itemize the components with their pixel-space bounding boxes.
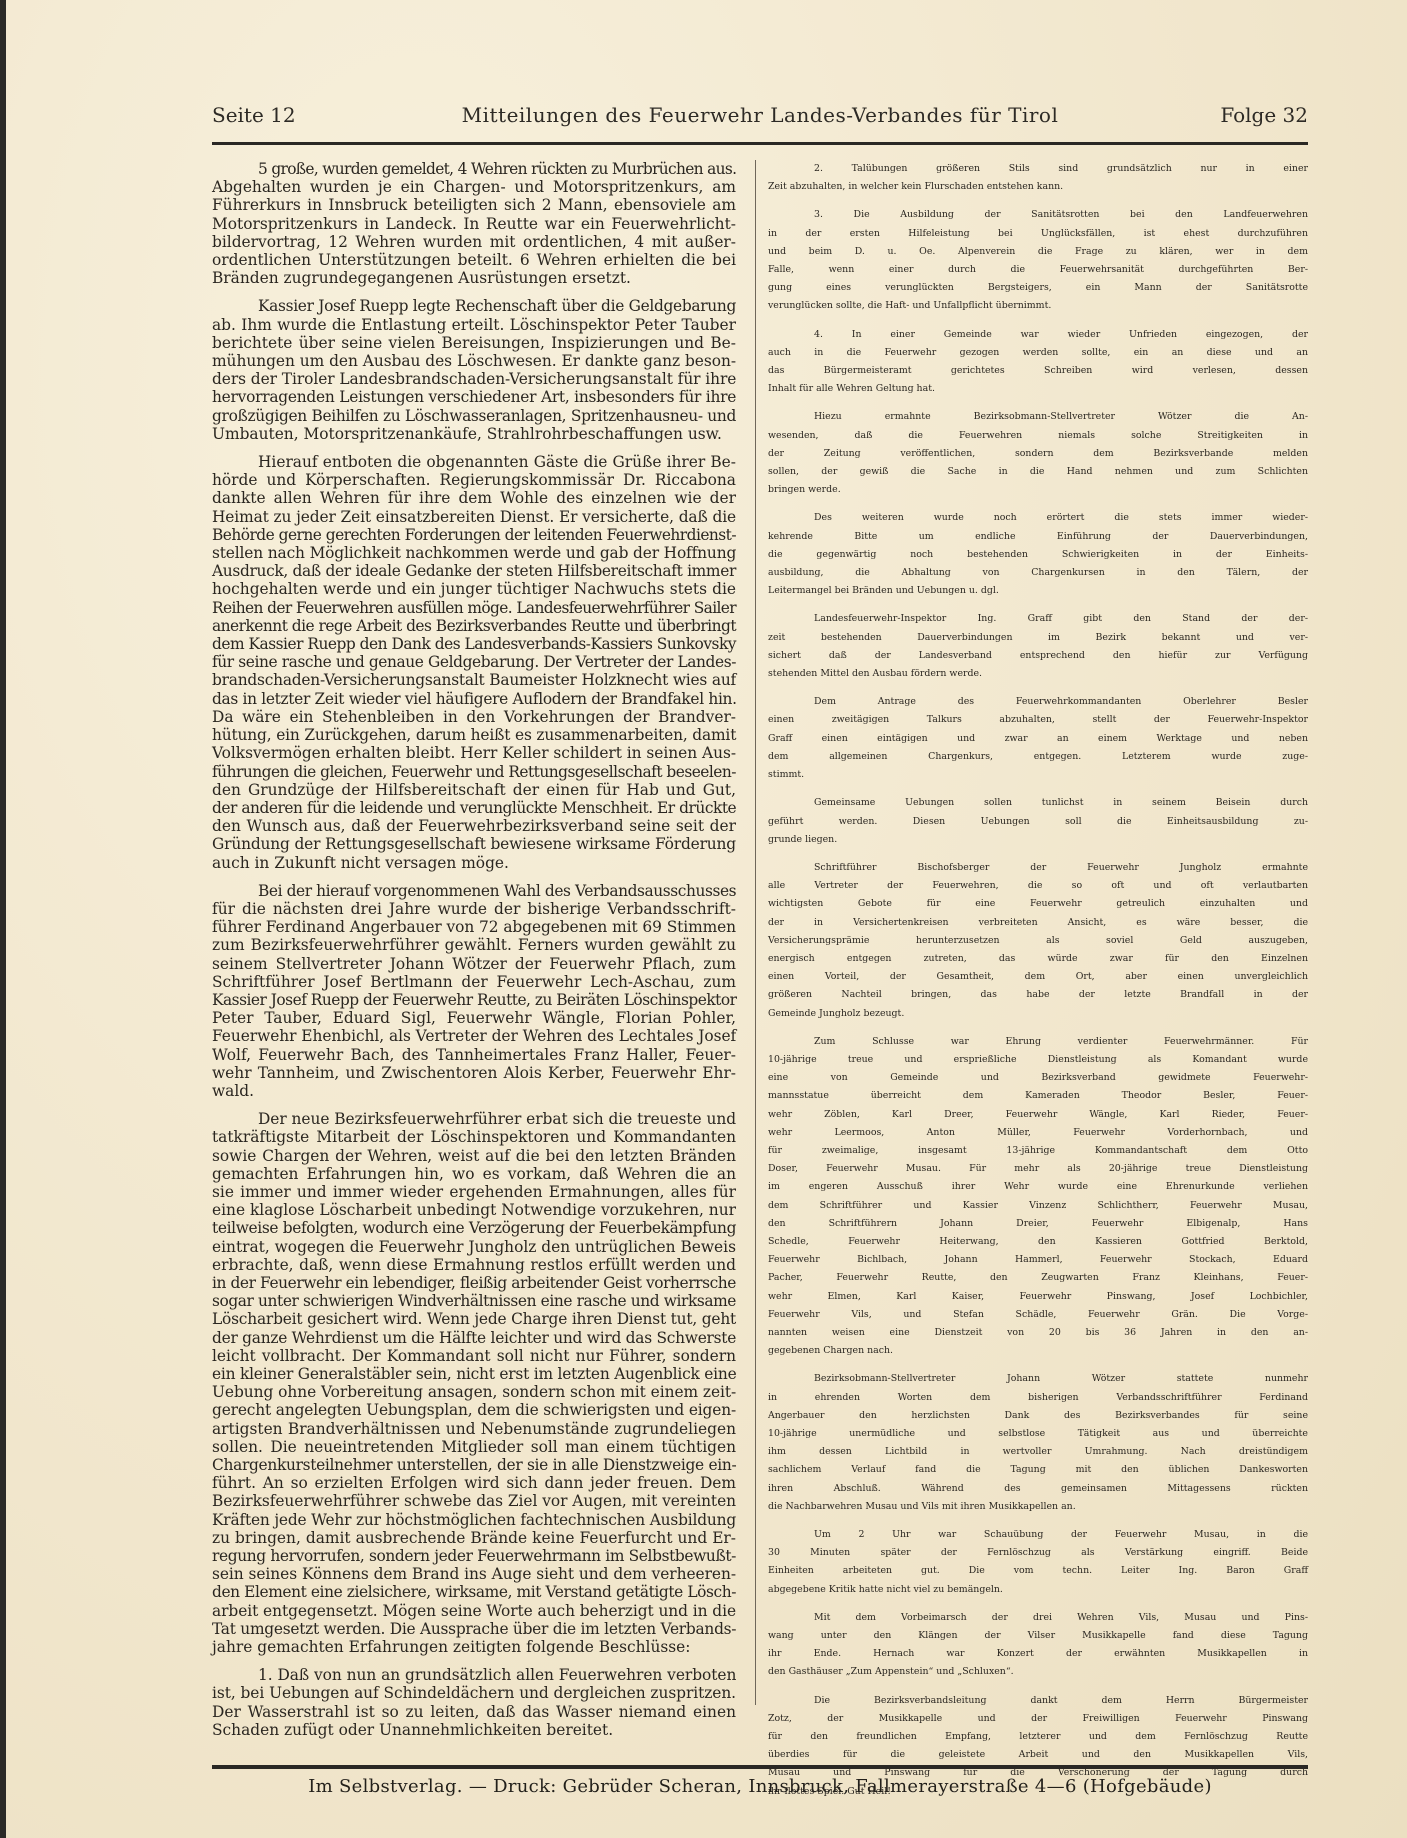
paragraph: Um 2 Uhr war Schauübung der Feuerwehr Mu…	[768, 1526, 1308, 1599]
text-line: Abgehalten wurden je ein Chargen- und Mo…	[212, 178, 736, 196]
text-line: ausbildung, die Abhaltung von Chargenkur…	[768, 564, 1308, 582]
text-line: Graff einen eintägigen und zwar an einem…	[768, 730, 1308, 748]
text-line: teilweise befolgten, wodurch eine Verzög…	[212, 1219, 736, 1237]
text-line: dem Schriftführer und Kassier Vinzenz Sc…	[768, 1197, 1308, 1215]
text-line: regung hervorrufen, sondern jeder Feuerw…	[212, 1547, 736, 1565]
issue-number: Folge 32	[1220, 103, 1308, 127]
text-line: Zum Schlusse war Ehrung verdienter Feuer…	[768, 1033, 1308, 1051]
text-line: 4. In einer Gemeinde war wieder Unfriede…	[768, 326, 1308, 344]
text-line: ihren Abschluß. Während des gemeinsamen …	[768, 1480, 1308, 1498]
text-line: das Bürgermeisteramt gerichtetes Schreib…	[768, 362, 1308, 380]
text-line: berichtete über seine vielen Bereisungen…	[212, 334, 736, 352]
text-line: Hierauf entboten die obgenannten Gäste d…	[212, 453, 736, 471]
text-line: hervorragenden Leistungen verschiedener …	[212, 388, 736, 406]
text-line: Landesfeuerwehr-Inspektor Ing. Graff gib…	[768, 610, 1308, 628]
text-line: Der Wasserstrahl ist so zu leiten, daß d…	[212, 1703, 736, 1721]
text-line: sein seines Könnens dem Brand ins Auge s…	[212, 1565, 736, 1583]
text-line: geführt werden. Diesen Uebungen soll die…	[768, 813, 1308, 831]
text-line: 10-jährige unermüdliche und selbstlose T…	[768, 1425, 1308, 1443]
text-line: zu bringen, damit ausbrechende Brände ke…	[212, 1529, 736, 1547]
paragraph: Des weiteren wurde noch erörtert die ste…	[768, 509, 1308, 600]
text-line: Die Bezirksverbandsleitung dankt dem Her…	[768, 1692, 1308, 1710]
text-line: Gemeinsame Uebungen sollen tunlichst in …	[768, 794, 1308, 812]
text-line: Doser, Feuerwehr Musau. Für mehr als 20-…	[768, 1160, 1308, 1178]
text-line: für zweimalige, insgesamt 13-jährige Kom…	[768, 1142, 1308, 1160]
text-line: Kassier Josef Ruepp der Feuerwehr Reutte…	[212, 991, 736, 1009]
text-line: gerecht angelegten Uebungsplan, dem die …	[212, 1401, 736, 1419]
text-line: einen Vorteil, der Gesamtheit, dem Ort, …	[768, 968, 1308, 986]
text-line: Volksvermögen erhalten bleibt. Herr Kell…	[212, 744, 736, 762]
text-line: Feuerwehr Vils, und Stefan Schädle, Feue…	[768, 1306, 1308, 1324]
text-line: eine von Gemeinde und Bezirksverband gew…	[768, 1069, 1308, 1087]
text-line: leicht vollbracht. Der Kommandant soll n…	[212, 1347, 736, 1365]
text-line: Löscharbeit gesichert wird. Wenn jede Ch…	[212, 1310, 736, 1328]
header-rule	[212, 142, 1308, 145]
text-line: auch in Zukunft nicht versagen möge.	[212, 854, 736, 872]
text-line: erbrachte, daß, wenn diese Ermahnung res…	[212, 1256, 736, 1274]
text-line: 2. Talübungen größeren Stils sind grunds…	[768, 160, 1308, 178]
text-line: artigsten Brandverhältnissen und Nebenum…	[212, 1420, 736, 1438]
paragraph: 5 große, wurden gemeldet, 4 Wehren rückt…	[212, 160, 736, 287]
paragraph: Der neue Bezirksfeuerwehrführer erbat si…	[212, 1110, 736, 1656]
text-line: Angerbauer den herzlichsten Dank des Bez…	[768, 1407, 1308, 1425]
text-line: Zotz, der Musikkapelle und der Freiwilli…	[768, 1710, 1308, 1728]
left-column: 5 große, wurden gemeldet, 4 Wehren rückt…	[212, 160, 736, 1739]
paragraph: 4. In einer Gemeinde war wieder Unfriede…	[768, 326, 1308, 399]
text-line: ist, bei Uebungen auf Schindeldächern un…	[212, 1684, 736, 1702]
text-line: alle Vertreter der Feuerwehren, die so o…	[768, 877, 1308, 895]
text-line: Heimat zu jeder Zeit einsatzbereiten Die…	[212, 508, 736, 526]
text-line: anerkennt die rege Arbeit des Bezirksver…	[212, 617, 736, 635]
text-line: im engeren Ausschuß ihrer Wehr wurde ein…	[768, 1178, 1308, 1196]
text-line: Bei der hierauf vorgenommenen Wahl des V…	[212, 882, 736, 900]
text-line: Uebung ohne Vorbereitung ansagen, sonder…	[212, 1383, 736, 1401]
text-line: den Element eine zielsichere, wirksame, …	[212, 1583, 736, 1601]
text-line: wesenden, daß die Feuerwehren niemals so…	[768, 427, 1308, 445]
text-line: ein kleiner Generalstäbler sein, nicht e…	[212, 1365, 736, 1383]
text-line: wang unter den Klängen der Vilser Musikk…	[768, 1627, 1308, 1645]
text-line: ab. Ihm wurde die Entlastung erteilt. Lö…	[212, 316, 736, 334]
paragraph: Mit dem Vorbeimarsch der drei Wehren Vil…	[768, 1609, 1308, 1682]
text-line: in ehrenden Worten dem bisherigen Verban…	[768, 1389, 1308, 1407]
text-line: Kräften jede Wehr zur höchstmöglichen fa…	[212, 1511, 736, 1529]
text-line: ders der Tiroler Landesbrandschaden-Vers…	[212, 370, 736, 388]
text-line: der anderen für die leidende und verungl…	[212, 799, 736, 817]
text-line: eintrat, wogegen die Feuerwehr Jungholz …	[212, 1238, 736, 1256]
text-line: stellen nach Möglichkeit nachkommen werd…	[212, 544, 736, 562]
text-line: führungen die gleichen, Feuerwehr und Re…	[212, 763, 736, 781]
paragraph: Bezirksobmann-Stellvertreter Johann Wötz…	[768, 1370, 1308, 1516]
text-line: führt. An so erzielten Erfolgen wird sic…	[212, 1474, 736, 1492]
text-line: Wolf, Feuerwehr Bach, des Tannheimertale…	[212, 1046, 736, 1064]
text-line: wehr Zöblen, Karl Dreer, Feuerwehr Wängl…	[768, 1106, 1308, 1124]
text-line: Schaden zufügt oder Unannehmlichkeiten b…	[212, 1721, 736, 1739]
text-line: Einheiten arbeiteten gut. Die vom techn.…	[768, 1562, 1308, 1580]
text-line: Der neue Bezirksfeuerwehrführer erbat si…	[212, 1110, 736, 1128]
paragraph: 1. Daß von nun an grundsätzlich allen Fe…	[212, 1666, 736, 1739]
text-line: 5 große, wurden gemeldet, 4 Wehren rückt…	[212, 160, 736, 178]
text-line: Bezirksobmann-Stellvertreter Johann Wötz…	[768, 1370, 1308, 1388]
text-line: Schedle, Feuerwehr Heiterwang, den Kassi…	[768, 1233, 1308, 1251]
text-line: den Schriftführern Johann Dreier, Feuerw…	[768, 1215, 1308, 1233]
text-line: Schriftführer Josef Bertlmann der Feuerw…	[212, 973, 736, 991]
text-line: für seine rasche und genaue Geldgebarung…	[212, 653, 736, 671]
text-line: sowie Chargen der Wehren, weist auf die …	[212, 1147, 736, 1165]
text-line: Pacher, Feuerwehr Reutte, den Zeugwarten…	[768, 1269, 1308, 1287]
text-line: sachlichem Verlauf fand die Tagung mit d…	[768, 1461, 1308, 1479]
text-line: der ganze Wehrdienst um die Hälfte leich…	[212, 1329, 736, 1347]
column-divider	[755, 160, 756, 1705]
text-line: Kassier Josef Ruepp legte Rechenschaft ü…	[212, 297, 736, 315]
text-line: wehr Elmen, Karl Kaiser, Feuerwehr Pinsw…	[768, 1288, 1308, 1306]
text-line: den Wunsch aus, daß der Feuerwehrbezirks…	[212, 817, 736, 835]
text-line: Feuerwehr Ehenbichl, als Vertreter der W…	[212, 1027, 736, 1045]
text-line: sollen. Die neueintretenden Mitglieder s…	[212, 1438, 736, 1456]
text-line: gung eines verunglückten Bergsteigers, e…	[768, 279, 1308, 297]
text-line: wehr Tannheim, und Zwischentoren Alois K…	[212, 1064, 736, 1082]
text-line: hörde und Körperschaften. Regierungskomm…	[212, 471, 736, 489]
text-line: sichert daß der Landesverband entspreche…	[768, 647, 1308, 665]
text-line: wald.	[212, 1082, 736, 1100]
imprint: Im Selbstverlag. — Druck: Gebrüder Scher…	[212, 1776, 1308, 1797]
paragraph: Hierauf entboten die obgenannten Gäste d…	[212, 453, 736, 872]
text-line: 1. Daß von nun an grundsätzlich allen Fe…	[212, 1666, 736, 1684]
text-line: wehr Leermoos, Anton Müller, Feuerwehr V…	[768, 1124, 1308, 1142]
text-line: brandschaden-Versicherungsanstalt Baumei…	[212, 671, 736, 689]
text-line: Bränden zugrundegegangenen Ausrüstungen …	[212, 269, 736, 287]
right-column: 2. Talübungen größeren Stils sind grunds…	[768, 160, 1308, 1801]
text-line: den Grundzüge der Hilfsbereitschaft der …	[212, 781, 736, 799]
paragraph: 3. Die Ausbildung der Sanitätsrotten bei…	[768, 206, 1308, 315]
text-line: Feuerwehr Bichlbach, Johann Hammerl, Feu…	[768, 1251, 1308, 1269]
text-line: den Gasthäuser „Zum Appenstein“ und „Sch…	[768, 1663, 1308, 1681]
text-line: zum Bezirksfeuerwehrführer gewählt. Fern…	[212, 936, 736, 954]
text-line: überdies für die geleistete Arbeit und d…	[768, 1746, 1308, 1764]
text-line: jahre gemachten Erfahrungen zeitigten fo…	[212, 1638, 736, 1656]
text-line: zeit bestehenden Dauerverbindungen im Be…	[768, 629, 1308, 647]
footer-rule	[212, 1765, 1308, 1769]
text-line: Ausdruck, daß der ideale Gedanke der ste…	[212, 562, 736, 580]
text-line: grunde liegen.	[768, 831, 1308, 849]
text-line: tatkräftigste Mitarbeit der Löschinspekt…	[212, 1128, 736, 1146]
text-line: Dem Antrage des Feuerwehrkommandanten Ob…	[768, 693, 1308, 711]
text-line: einen zweitägigen Talkurs abzuhalten, st…	[768, 711, 1308, 729]
text-line: verunglücken sollte, die Haft- und Unfal…	[768, 297, 1308, 315]
text-line: in der Feuerwehr ein lebendiger, fleißig…	[212, 1274, 736, 1292]
paragraph: Schriftführer Bischofsberger der Feuerwe…	[768, 859, 1308, 1023]
text-line: ihr Ende. Hernach war Konzert der erwähn…	[768, 1645, 1308, 1663]
text-line: der in Versichertenkreisen verbreiteten …	[768, 914, 1308, 932]
text-line: wichtigsten Gebote für eine Feuerwehr ge…	[768, 895, 1308, 913]
text-line: Des weiteren wurde noch erörtert die ste…	[768, 509, 1308, 527]
text-line: dem allgemeinen Chargenkurs, entgegen. L…	[768, 748, 1308, 766]
paragraph: Zum Schlusse war Ehrung verdienter Feuer…	[768, 1033, 1308, 1361]
text-line: Gemeinde Jungholz bezeugt.	[768, 1005, 1308, 1023]
paragraph: Hiezu ermahnte Bezirksobmann-Stellvertre…	[768, 408, 1308, 499]
publication-title: Mitteilungen des Feuerwehr Landes-Verban…	[212, 103, 1308, 127]
text-line: bringen werde.	[768, 481, 1308, 499]
text-line: Inhalt für alle Wehren Geltung hat.	[768, 380, 1308, 398]
paragraph: 2. Talübungen größeren Stils sind grunds…	[768, 160, 1308, 196]
text-line: Gründung der Rettungsgesellschaft bewies…	[212, 835, 736, 853]
text-line: die Nachbarwehren Musau und Vils mit ihr…	[768, 1498, 1308, 1516]
text-line: sogar unter schwierigen Windverhältnisse…	[212, 1292, 736, 1310]
text-line: Bezirksfeuerwehrführer schwebe das Ziel …	[212, 1492, 736, 1510]
text-line: stimmt.	[768, 766, 1308, 784]
text-line: 10-jährige treue und ersprießliche Diens…	[768, 1051, 1308, 1069]
text-line: Chargenkursteilnehmer unterstellen, der …	[212, 1456, 736, 1474]
text-line: Zeit abzuhalten, in welcher kein Flursch…	[768, 178, 1308, 196]
text-line: ihm dessen Lichtbild in wertvoller Umrah…	[768, 1443, 1308, 1461]
text-line: Leitermangel bei Bränden und Uebungen u.…	[768, 582, 1308, 600]
text-line: in der ersten Hilfeleistung bei Unglücks…	[768, 225, 1308, 243]
text-line: Um 2 Uhr war Schauübung der Feuerwehr Mu…	[768, 1526, 1308, 1544]
text-line: eine klaglose Löscharbeit unbedingt Notw…	[212, 1201, 736, 1219]
text-line: Da wäre ein Stehenbleiben in den Vorkehr…	[212, 708, 736, 726]
text-line: arbeit entgegensetzt. Mögen seine Worte …	[212, 1602, 736, 1620]
paragraph: Landesfeuerwehr-Inspektor Ing. Graff gib…	[768, 610, 1308, 683]
text-line: Versicherungsprämie herunterzusetzen als…	[768, 932, 1308, 950]
text-line: dankte allen Wehren für ihre dem Wohle d…	[212, 489, 736, 507]
text-line: ordentlichen Unterstützungen beteilt. 6 …	[212, 251, 736, 269]
text-line: der Zeitung veröffentlichen, sondern dem…	[768, 445, 1308, 463]
text-line: und beim D. u. Oe. Alpenverein die Frage…	[768, 243, 1308, 261]
text-line: Peter Tauber, Eduard Sigl, Feuerwehr Wän…	[212, 1009, 736, 1027]
text-line: auch in die Feuerwehr gezogen werden sol…	[768, 344, 1308, 362]
page-header: Seite 12 Mitteilungen des Feuerwehr Land…	[212, 103, 1308, 133]
text-line: stehenden Mittel den Ausbau fördern werd…	[768, 665, 1308, 683]
text-line: Umbauten, Motorspritzenankäufe, Strahlro…	[212, 425, 736, 443]
text-line: großzügigen Beihilfen zu Löschwasseranla…	[212, 407, 736, 425]
scan-edge	[0, 0, 6, 1838]
paragraph: Kassier Josef Ruepp legte Rechenschaft ü…	[212, 297, 736, 443]
text-line: 3. Die Ausbildung der Sanitätsrotten bei…	[768, 206, 1308, 224]
text-line: Motorspritzenkurs in Landeck. In Reutte …	[212, 215, 736, 233]
text-line: seinem Stellvertreter Johann Wötzer der …	[212, 955, 736, 973]
text-line: das in letzter Zeit wieder viel häufiger…	[212, 690, 736, 708]
text-line: die gegenwärtig noch bestehenden Schwier…	[768, 546, 1308, 564]
text-line: für den freundlichen Empfang, letzterer …	[768, 1728, 1308, 1746]
paragraph: Bei der hierauf vorgenommenen Wahl des V…	[212, 882, 736, 1100]
text-line: Falle, wenn einer durch die Feuerwehrsan…	[768, 261, 1308, 279]
text-line: Hiezu ermahnte Bezirksobmann-Stellvertre…	[768, 408, 1308, 426]
text-line: größeren Nachteil bringen, das habe der …	[768, 986, 1308, 1004]
text-line: dem Kassier Ruepp den Dank des Landesver…	[212, 635, 736, 653]
text-line: 30 Minuten später der Fernlöschzug als V…	[768, 1544, 1308, 1562]
text-line: energisch entgegen zutreten, das würde z…	[768, 950, 1308, 968]
text-line: sollen, der gewiß die Sache in die Hand …	[768, 463, 1308, 481]
text-line: gemachten Erfahrungen hin, wo es vorkam,…	[212, 1165, 736, 1183]
text-line: mannsstatue überreicht dem Kameraden The…	[768, 1087, 1308, 1105]
text-line: Reihen der Feuerwehren ausfüllen möge. L…	[212, 599, 736, 617]
paragraph: Gemeinsame Uebungen sollen tunlichst in …	[768, 794, 1308, 849]
text-line: mühungen um den Ausbau des Löschwesen. E…	[212, 352, 736, 370]
text-line: führer Ferdinand Angerbauer von 72 abgeg…	[212, 918, 736, 936]
text-line: Führerkurs in Innsbruck beteiligten sich…	[212, 196, 736, 214]
text-line: Schriftführer Bischofsberger der Feuerwe…	[768, 859, 1308, 877]
text-line: für die nächsten drei Jahre wurde der bi…	[212, 900, 736, 918]
text-line: kehrende Bitte um endliche Einführung de…	[768, 528, 1308, 546]
text-line: Tat umgesetzt werden. Die Aussprache übe…	[212, 1620, 736, 1638]
paragraph: Dem Antrage des Feuerwehrkommandanten Ob…	[768, 693, 1308, 784]
text-line: abgegebene Kritik hatte nicht viel zu be…	[768, 1581, 1308, 1599]
text-line: hochgehalten werde und ein junger tüchti…	[212, 580, 736, 598]
text-line: nannten weisen eine Dienstzeit von 20 bi…	[768, 1324, 1308, 1342]
text-line: bildervortrag, 12 Wehren wurden mit orde…	[212, 233, 736, 251]
text-line: hütung, ein Zurückgehen, darum heißt es …	[212, 726, 736, 744]
text-line: Mit dem Vorbeimarsch der drei Wehren Vil…	[768, 1609, 1308, 1627]
text-line: gegebenen Chargen nach.	[768, 1342, 1308, 1360]
text-line: Behörde gerne gerechten Forderungen der …	[212, 526, 736, 544]
text-line: sie immer und immer wieder ergehenden Er…	[212, 1183, 736, 1201]
